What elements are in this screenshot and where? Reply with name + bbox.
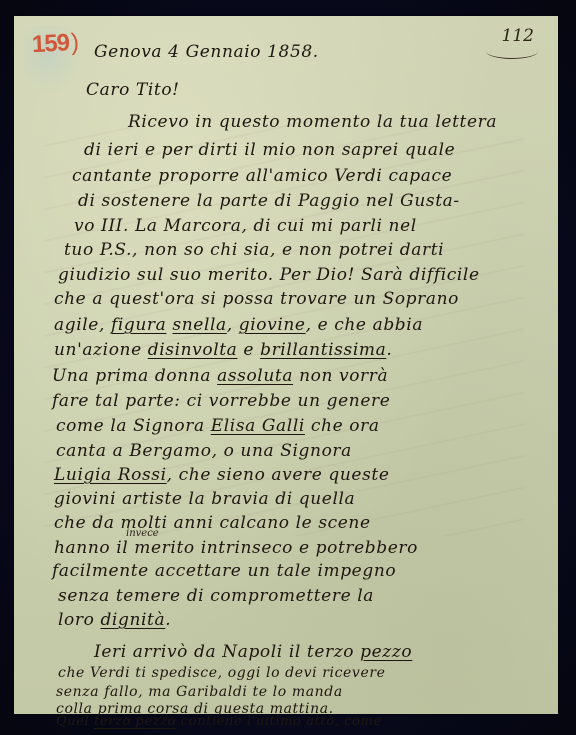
letter-line: che a quest'ora si possa trovare un Sopr… bbox=[54, 289, 459, 309]
letter-line: Ieri arrivò da Napoli il terzo pezzo bbox=[94, 642, 412, 662]
archive-number-stamp: 159) bbox=[31, 29, 78, 59]
salutation: Caro Tito! bbox=[86, 80, 180, 100]
letter-line: che Verdi ti spedisce, oggi lo devi rice… bbox=[58, 665, 386, 681]
letter-line: di sostenere la parte di Paggio nel Gust… bbox=[78, 191, 460, 211]
dateline: Genova 4 Gennaio 1858. bbox=[94, 42, 319, 62]
letter-line: un'azione disinvolta e brillantissima. bbox=[54, 340, 392, 360]
letter-line: loro dignità. bbox=[58, 610, 171, 630]
letter-line: che da molti anni calcano le scene bbox=[54, 513, 371, 533]
letter-line: agile, figura snella, giovine, e che abb… bbox=[54, 315, 423, 335]
letter-line: fare tal parte: ci vorrebbe un genere bbox=[52, 391, 390, 411]
letter-line: giudizio sul suo merito. Per Dio! Sarà d… bbox=[58, 265, 480, 285]
letter-line: senza temere di compromettere la bbox=[58, 586, 374, 606]
folio-number: 112 bbox=[502, 26, 534, 46]
folio-underline-arc bbox=[486, 44, 538, 59]
letter-line: Quel terzo pezzo contiene l'ultimo atto,… bbox=[56, 714, 382, 729]
letter-page: 159) 112 Genova 4 Gennaio 1858. Caro Tit… bbox=[14, 16, 558, 714]
archive-number: 159 bbox=[31, 29, 69, 58]
letter-line: tuo P.S., non so chi sia, e non potrei d… bbox=[64, 240, 444, 260]
letter-line: senza fallo, ma Garibaldi te lo manda bbox=[56, 684, 343, 700]
letter-line: hanno il merito intrinseco e potrebbero bbox=[54, 538, 418, 558]
letter-line: cantante proporre all'amico Verdi capace bbox=[72, 166, 452, 186]
letter-line: Ricevo in questo momento la tua lettera bbox=[128, 112, 497, 132]
letter-line: come la Signora Elisa Galli che ora bbox=[56, 416, 380, 436]
letter-line: giovini artiste la bravia di quella bbox=[54, 489, 355, 509]
letter-line: canta a Bergamo, o una Signora bbox=[56, 441, 352, 461]
letter-line: di ieri e per dirti il mio non saprei qu… bbox=[84, 140, 455, 160]
letter-line: Una prima donna assoluta non vorrà bbox=[52, 366, 388, 386]
letter-line: Luigia Rossi, che sieno avere queste bbox=[54, 465, 390, 485]
letter-line: vo III. La Marcora, di cui mi parli nel bbox=[74, 216, 417, 236]
letter-line: facilmente accettare un tale impegno bbox=[52, 561, 396, 581]
